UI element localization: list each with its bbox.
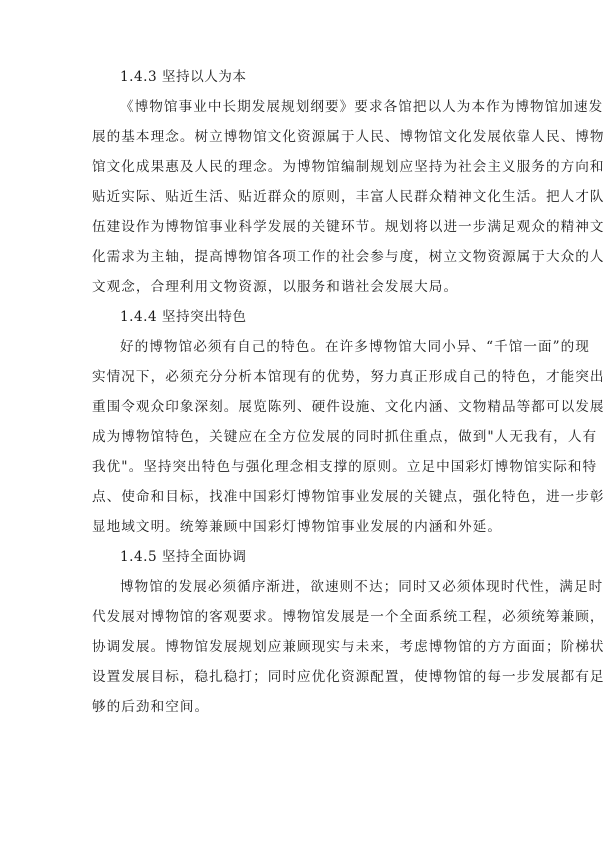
paragraph-line: 文观念，合理利用文物资源，以服务和谐社会发展大局。 bbox=[92, 272, 522, 302]
paragraph-line: 实情况下，必须充分分析本馆现有的优势，努力真正形成自己的特色，才能突出 bbox=[92, 362, 522, 392]
paragraph-line: 贴近实际、贴近生活、贴近群众的原则，丰富人民群众精神文化生活。把人才队 bbox=[92, 182, 522, 212]
paragraph-line: 代发展对博物馆的客观要求。博物馆发展是一个全面系统工程，必须统筹兼顾， bbox=[92, 602, 522, 632]
paragraph-line: 设置发展目标，稳扎稳打；同时应优化资源配置，使博物馆的每一步发展都有足 bbox=[92, 662, 522, 692]
section-heading-1-4-5: 1.4.5 坚持全面协调 bbox=[120, 542, 246, 572]
paragraph-line: 够的后劲和空间。 bbox=[92, 692, 522, 722]
paragraph-line: 展的基本理念。树立博物馆文化资源属于人民、博物馆文化发展依靠人民、博物 bbox=[92, 122, 522, 152]
paragraph-line: 显地域文明。统筹兼顾中国彩灯博物馆事业发展的内涵和外延。 bbox=[92, 512, 522, 542]
section-heading-1-4-3: 1.4.3 坚持以人为本 bbox=[120, 62, 246, 92]
paragraph-line: 重围令观众印象深刻。展览陈列、硬件设施、文化内涵、文物精品等都可以发展 bbox=[92, 392, 522, 422]
paragraph-line: 化需求为主轴，提高博物馆各项工作的社会参与度，树立文物资源属于大众的人 bbox=[92, 242, 522, 272]
paragraph-line: 点、使命和目标，找准中国彩灯博物馆事业发展的关键点，强化特色，进一步彰 bbox=[92, 482, 522, 512]
section-heading-1-4-4: 1.4.4 坚持突出特色 bbox=[120, 302, 246, 332]
paragraph-line: 博物馆的发展必须循序渐进，欲速则不达；同时又必须体现时代性，满足时 bbox=[120, 572, 522, 602]
document-page: 1.4.3 坚持以人为本 《博物馆事业中长期发展规划纲要》要求各馆把以人为本作为… bbox=[0, 0, 608, 860]
paragraph-line: 馆文化成果惠及人民的理念。为博物馆编制规划应坚持为社会主义服务的方向和 bbox=[92, 152, 522, 182]
paragraph-line: 我优"。坚持突出特色与强化理念相支撑的原则。立足中国彩灯博物馆实际和特 bbox=[92, 452, 522, 482]
paragraph-line: 好的博物馆必须有自己的特色。在许多博物馆大同小异、“千馆一面”的现 bbox=[120, 332, 522, 362]
paragraph-line: 成为博物馆特色，关键应在全方位发展的同时抓住重点，做到"人无我有，人有 bbox=[92, 422, 522, 452]
paragraph-line: 协调发展。博物馆发展规划应兼顾现实与未来，考虑博物馆的方方面面；阶梯状 bbox=[92, 632, 522, 662]
paragraph-line: 《博物馆事业中长期发展规划纲要》要求各馆把以人为本作为博物馆加速发 bbox=[120, 92, 522, 122]
paragraph-line: 伍建设作为博物馆事业科学发展的关键环节。规划将以进一步满足观众的精神文 bbox=[92, 212, 522, 242]
